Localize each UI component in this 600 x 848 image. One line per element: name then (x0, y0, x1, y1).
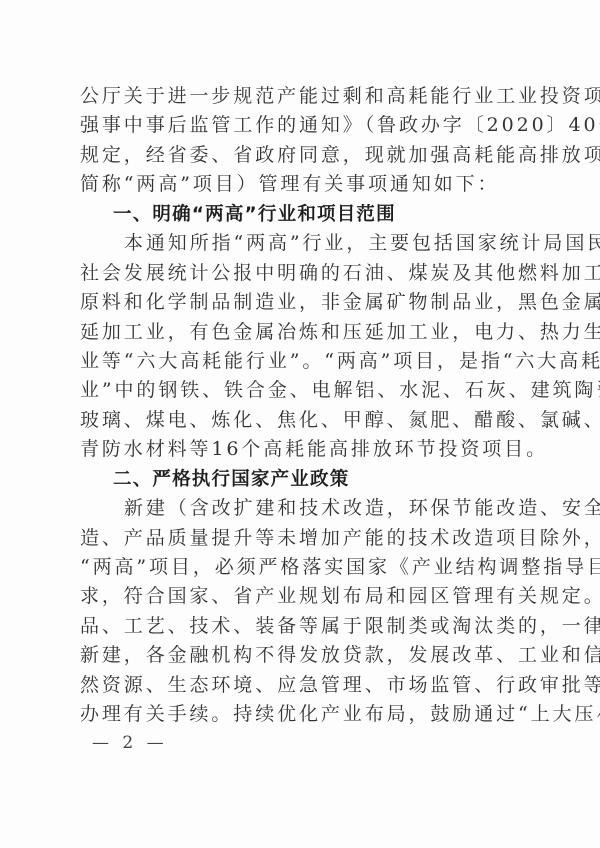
intro-line-2: 强事中事后监管工作的通知》（鲁政办字〔2020〕40号）等有关 (80, 111, 522, 140)
section-1-line-6: 业”中的钢铁、铁合金、电解铝、水泥、石灰、建筑陶瓷、平板 (80, 376, 522, 405)
section-2-line-1: 新建（含改扩建和技术改造，环保节能改造、安全设施改 (80, 494, 522, 523)
section-2-line-8: 办理有关手续。持续优化产业布局，鼓励通过“上大压小”“减 (80, 700, 522, 729)
document-body: 公厅关于进一步规范产能过剩和高耗能行业工业投资项目办理加 强事中事后监管工作的通… (80, 82, 522, 730)
section-2-line-5: 品、工艺、技术、装备等属于限制类或淘汰类的，一律禁止投资 (80, 612, 522, 641)
page-number: — 2 — (92, 733, 168, 753)
intro-line-4: 简称“两高”项目）管理有关事项通知如下： (80, 170, 522, 199)
document-page: 公厅关于进一步规范产能过剩和高耗能行业工业投资项目办理加 强事中事后监管工作的通… (0, 0, 600, 848)
section-2-line-7: 然资源、生态环境、应急管理、市场监管、行政审批等部门不得 (80, 671, 522, 700)
section-2-line-4: 求，符合国家、省产业规划布局和园区管理有关规定。对项目产 (80, 582, 522, 611)
section-1-line-7: 玻璃、煤电、炼化、焦化、甲醇、氮肥、醋酸、氯碱、电石、沥 (80, 406, 522, 435)
section-2-heading: 二、严格执行国家产业政策 (80, 465, 522, 494)
section-1-line-5: 业等“六大高耗能行业”。“两高”项目，是指“六大高耗能行 (80, 347, 522, 376)
section-2-line-6: 新建，各金融机构不得发放贷款，发展改革、工业和信息化、自 (80, 641, 522, 670)
section-2-line-3: “两高”项目，必须严格落实国家《产业结构调整指导目录》要 (80, 553, 522, 582)
intro-line-1: 公厅关于进一步规范产能过剩和高耗能行业工业投资项目办理加 (80, 82, 522, 111)
section-1-heading: 一、明确“两高”行业和项目范围 (80, 200, 522, 229)
section-1-line-3: 原料和化学制品制造业，非金属矿物制品业，黑色金属冶炼和压 (80, 288, 522, 317)
section-1-line-4: 延加工业，有色金属冶炼和压延加工业，电力、热力生产和供应 (80, 318, 522, 347)
section-1-line-2: 社会发展统计公报中明确的石油、煤炭及其他燃料加工业，化学 (80, 259, 522, 288)
section-1-line-8: 青防水材料等16个高耗能高排放环节投资项目。 (80, 435, 522, 464)
intro-line-3: 规定，经省委、省政府同意，现就加强高耗能高排放项目（以下 (80, 141, 522, 170)
section-2-line-2: 造、产品质量提升等未增加产能的技术改造项目除外，下同） (80, 524, 522, 553)
section-1-line-1: 本通知所指“两高”行业，主要包括国家统计局国民经济和 (80, 229, 522, 258)
